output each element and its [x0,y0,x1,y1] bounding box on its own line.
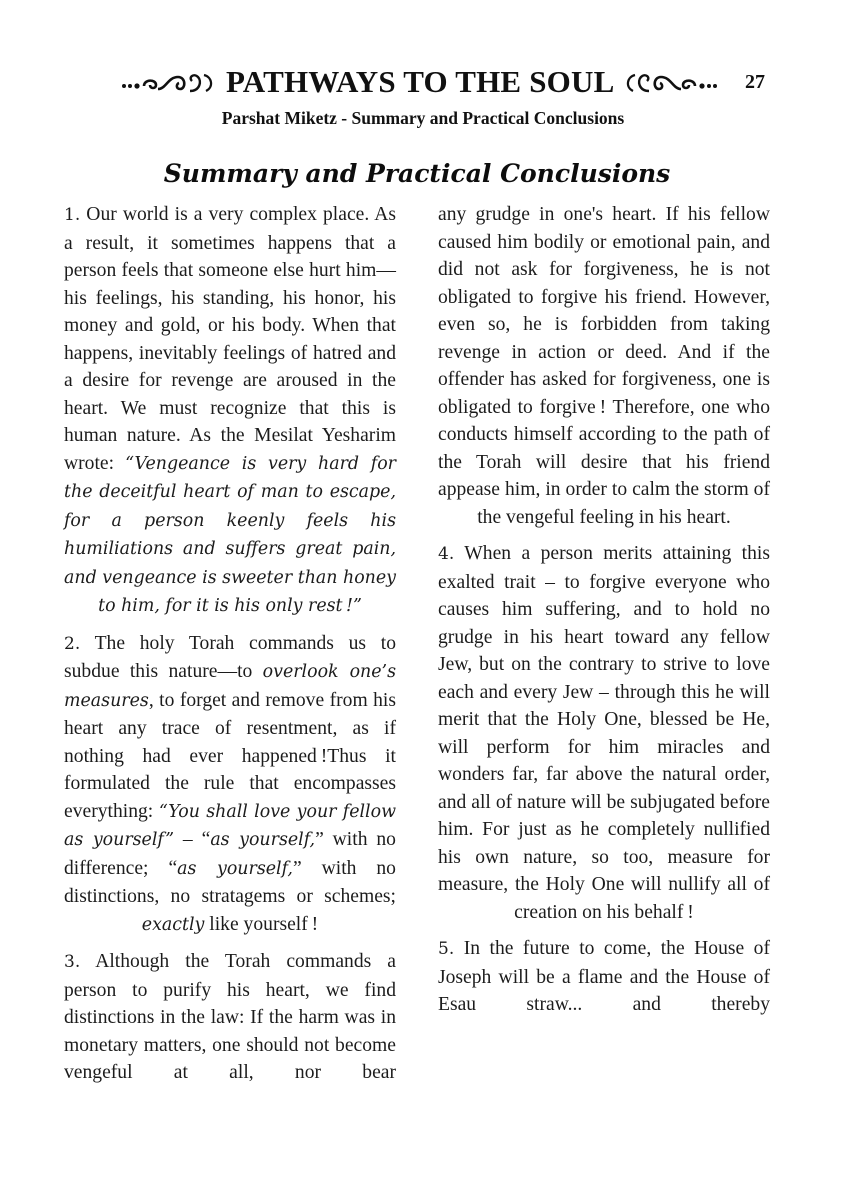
emphasis: as yourself, [177,859,293,879]
page-number: 27 [745,66,765,98]
paragraph-text: – “ [174,829,210,850]
paragraph-number: 5. [438,939,454,959]
paragraph-number: 1. [64,205,80,225]
text-column-right: any grudge in one's heart. If his fellow… [438,201,770,1028]
quotation-mesilat-yesharim: “Vengeance is very hard for the deceitfu… [64,454,396,617]
paragraph-4: 4. When a person merits attaining this e… [438,540,770,926]
book-title: PATHWAYS TO THE SOUL [226,64,613,99]
paragraph-3-start: 3. Although the Torah commands a person … [64,948,396,1087]
paragraph-1: 1. Our world is a very complex place. As… [64,201,396,621]
paragraph-text: In the future to come, the House of Jose… [438,938,770,1015]
paragraph-number: 3. [64,952,80,972]
paragraph-3-continued: any grudge in one's heart. If his fellow… [438,201,770,531]
flourish-left-icon [120,69,218,95]
text-column-left: 1. Our world is a very complex place. As… [64,201,396,1096]
paragraph-text: When a person merits attaining this exal… [438,543,770,923]
chapter-title: Summary and Practical Conclusions [0,155,834,193]
paragraph-number: 2. [64,634,80,654]
paragraph-text: Although the Torah commands a person to … [64,951,396,1083]
paragraph-text: like yourself ! [204,914,318,935]
paragraph-2: 2. The holy Torah commands us to subdue … [64,630,396,940]
paragraph-text: any grudge in one's heart. If his fellow… [438,204,770,528]
flourish-right-icon [621,69,719,95]
paragraph-number: 4. [438,544,454,564]
emphasis: exactly [142,915,205,935]
running-head: PATHWAYS TO THE SOUL 27 [0,62,846,102]
paragraph-text: Our world is a very complex place. As a … [64,204,396,474]
emphasis: as yourself, [210,830,315,850]
section-subtitle: Parshat Miketz - Summary and Practical C… [0,105,846,131]
book-title-line: PATHWAYS TO THE SOUL [120,62,712,102]
paragraph-5: 5. In the future to come, the House of J… [438,935,770,1019]
